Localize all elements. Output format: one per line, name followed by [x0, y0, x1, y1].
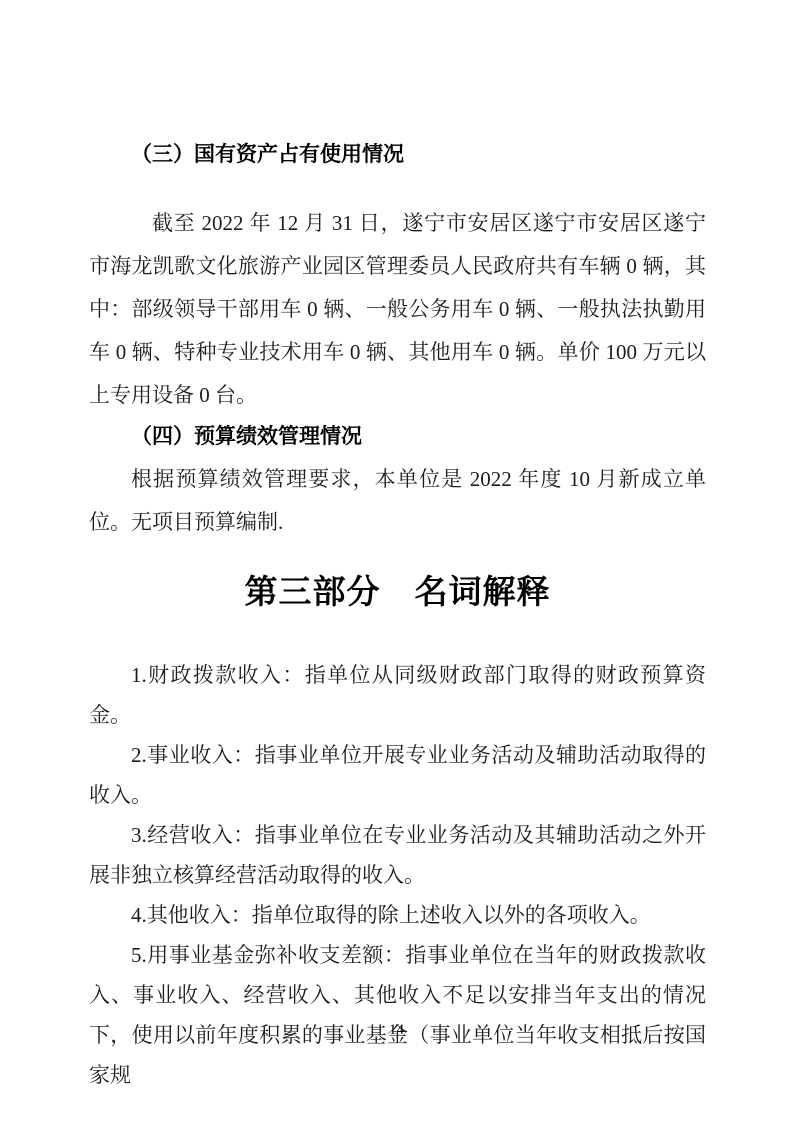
page-number: 14: [0, 1022, 793, 1039]
document-content: （三）国有资产占有使用情况 截至 2022 年 12 月 31 日，遂宁市安居区…: [89, 140, 706, 1095]
section-budget-performance-paragraph: 根据预算绩效管理要求，本单位是 2022 年度 10 月新成立单位。无项目预算编…: [89, 458, 706, 544]
glossary-item-other-income: 4.其他收入：指单位取得的除上述收入以外的各项收入。: [89, 895, 706, 935]
section-heading-budget-performance: （四）预算绩效管理情况: [89, 422, 706, 452]
glossary-item-operating-income: 3.经营收入：指事业单位在专业业务活动及其辅助活动之外开展非独立核算经营活动取得…: [89, 815, 706, 895]
section-heading-state-assets: （三）国有资产占有使用情况: [89, 140, 706, 170]
section-state-assets-paragraph: 截至 2022 年 12 月 31 日，遂宁市安居区遂宁市安居区遂宁市海龙凯歌文…: [89, 202, 706, 417]
part-three-title: 第三部分 名词解释: [89, 569, 706, 615]
glossary-item-fiscal-appropriation-income: 1.财政拨款收入：指单位从同级财政部门取得的财政预算资金。: [89, 655, 706, 735]
glossary-item-institution-fund-balance: 5.用事业基金弥补收支差额：指事业单位在当年的财政拨款收入、事业收入、经营收入、…: [89, 935, 706, 1095]
document-page: （三）国有资产占有使用情况 截至 2022 年 12 月 31 日，遂宁市安居区…: [0, 0, 793, 1122]
glossary-item-institution-income: 2.事业收入：指事业单位开展专业业务活动及辅助活动取得的收入。: [89, 735, 706, 815]
